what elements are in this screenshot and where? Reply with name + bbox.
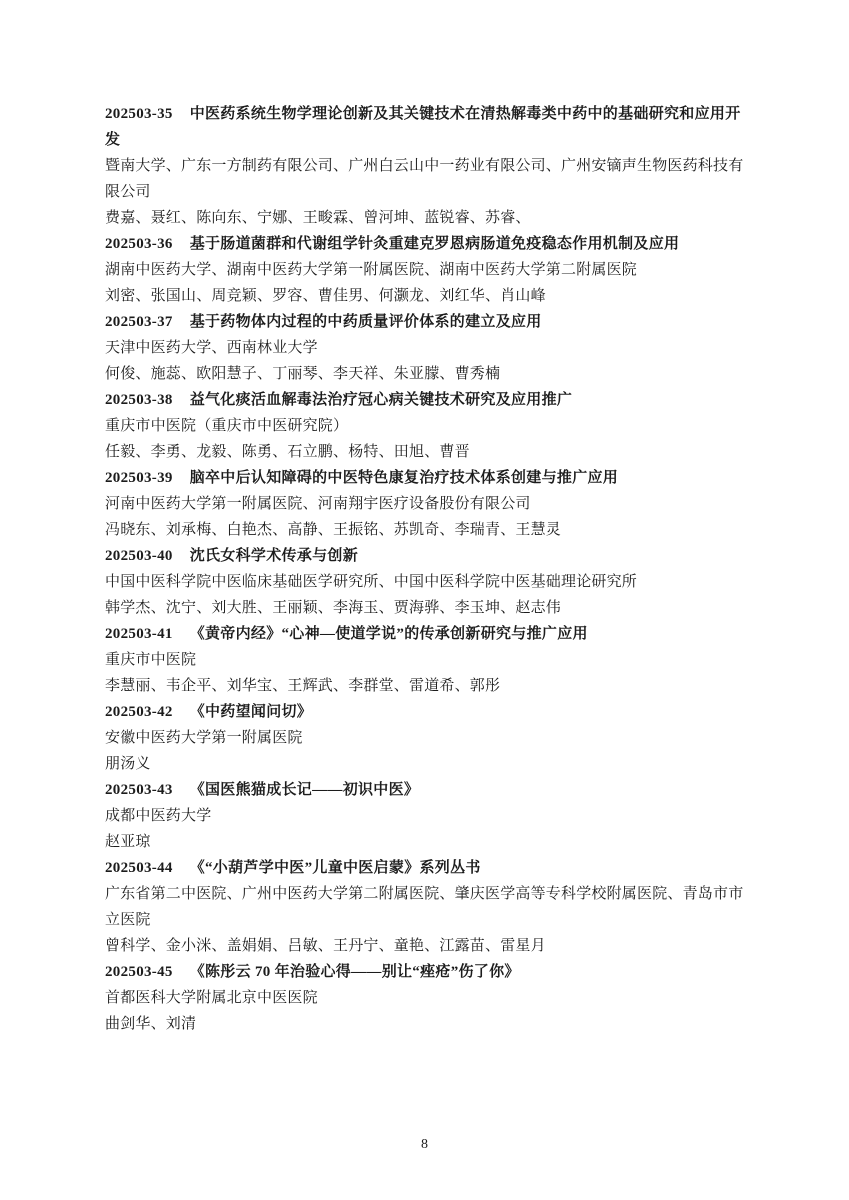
project-names: 刘密、张国山、周竞颖、罗容、曹佳男、何灏龙、刘红华、肖山峰 (105, 283, 747, 309)
project-entry: 202503-36基于肠道菌群和代谢组学针灸重建克罗恩病肠道免疫稳态作用机制及应… (105, 231, 747, 309)
project-id: 202503-40 (105, 543, 173, 569)
project-id: 202503-36 (105, 231, 173, 257)
project-heading: 202503-44《“小葫芦学中医”儿童中医启蒙》系列丛书 (105, 855, 747, 881)
project-id: 202503-43 (105, 777, 173, 803)
project-names: 何俊、施蕊、欧阳慧子、丁丽琴、李天祥、朱亚朦、曹秀楠 (105, 361, 747, 387)
project-heading: 202503-45《陈彤云 70 年治验心得——别让“痤疮”伤了你》 (105, 959, 747, 985)
project-institutions: 暨南大学、广东一方制药有限公司、广州白云山中一药业有限公司、广州安镝声生物医药科… (105, 153, 747, 205)
project-names: 费嘉、聂红、陈向东、宁娜、王畯霖、曾河坤、蓝锐睿、苏睿、 (105, 205, 747, 231)
project-id: 202503-41 (105, 621, 173, 647)
project-id: 202503-37 (105, 309, 173, 335)
project-id: 202503-39 (105, 465, 173, 491)
project-title: 沈氏女科学术传承与创新 (190, 548, 358, 564)
project-entry: 202503-44《“小葫芦学中医”儿童中医启蒙》系列丛书 广东省第二中医院、广… (105, 855, 747, 959)
project-entry: 202503-45《陈彤云 70 年治验心得——别让“痤疮”伤了你》 首都医科大… (105, 959, 747, 1037)
project-title: 脑卒中后认知障碍的中医特色康复治疗技术体系创建与推广应用 (190, 470, 618, 486)
project-heading: 202503-43《国医熊猫成长记——初识中医》 (105, 777, 747, 803)
project-institutions: 天津中医药大学、西南林业大学 (105, 335, 747, 361)
project-institutions: 重庆市中医院（重庆市中医研究院） (105, 413, 747, 439)
project-heading: 202503-42《中药望闻问切》 (105, 699, 747, 725)
project-title: 中医药系统生物学理论创新及其关键技术在清热解毒类中药中的基础研究和应用开发 (105, 106, 741, 148)
project-id: 202503-44 (105, 855, 173, 881)
project-entry: 202503-39脑卒中后认知障碍的中医特色康复治疗技术体系创建与推广应用 河南… (105, 465, 747, 543)
project-names: 李慧丽、韦企平、刘华宝、王辉武、李群堂、雷道希、郭彤 (105, 673, 747, 699)
project-heading: 202503-38益气化痰活血解毒法治疗冠心病关键技术研究及应用推广 (105, 387, 747, 413)
project-heading: 202503-40沈氏女科学术传承与创新 (105, 543, 747, 569)
project-institutions: 成都中医药大学 (105, 803, 747, 829)
project-institutions: 中国中医科学院中医临床基础医学研究所、中国中医科学院中医基础理论研究所 (105, 569, 747, 595)
project-entry: 202503-42《中药望闻问切》 安徽中医药大学第一附属医院 朋汤义 (105, 699, 747, 777)
project-institutions: 湖南中医药大学、湖南中医药大学第一附属医院、湖南中医药大学第二附属医院 (105, 257, 747, 283)
project-names: 韩学杰、沈宁、刘大胜、王丽颖、李海玉、贾海骅、李玉坤、赵志伟 (105, 595, 747, 621)
project-institutions: 重庆市中医院 (105, 647, 747, 673)
project-institutions: 安徽中医药大学第一附属医院 (105, 725, 747, 751)
project-entry: 202503-40沈氏女科学术传承与创新 中国中医科学院中医临床基础医学研究所、… (105, 543, 747, 621)
project-names: 冯晓东、刘承梅、白艳杰、高静、王振铭、苏凯奇、李瑞青、王慧灵 (105, 517, 747, 543)
project-heading: 202503-35中医药系统生物学理论创新及其关键技术在清热解毒类中药中的基础研… (105, 101, 747, 153)
project-entry: 202503-35中医药系统生物学理论创新及其关键技术在清热解毒类中药中的基础研… (105, 101, 747, 231)
project-title: 《陈彤云 70 年治验心得——别让“痤疮”伤了你》 (190, 964, 520, 980)
document-page: 202503-35中医药系统生物学理论创新及其关键技术在清热解毒类中药中的基础研… (0, 0, 849, 1200)
project-institutions: 首都医科大学附属北京中医医院 (105, 985, 747, 1011)
page-number: 8 (0, 1136, 849, 1154)
project-id: 202503-35 (105, 101, 173, 127)
project-title: 《国医熊猫成长记——初识中医》 (190, 782, 420, 798)
project-names: 曲剑华、刘清 (105, 1011, 747, 1037)
project-title: 《黄帝内经》“心神—使道学说”的传承创新研究与推广应用 (190, 626, 588, 642)
project-institutions: 河南中医药大学第一附属医院、河南翔宇医疗设备股份有限公司 (105, 491, 747, 517)
entries-list: 202503-35中医药系统生物学理论创新及其关键技术在清热解毒类中药中的基础研… (105, 101, 747, 1037)
project-heading: 202503-39脑卒中后认知障碍的中医特色康复治疗技术体系创建与推广应用 (105, 465, 747, 491)
project-title: 《“小葫芦学中医”儿童中医启蒙》系列丛书 (190, 860, 481, 876)
project-institutions: 广东省第二中医院、广州中医药大学第二附属医院、肇庆医学高等专科学校附属医院、青岛… (105, 881, 747, 933)
project-names: 任毅、李勇、龙毅、陈勇、石立鹏、杨特、田旭、曹晋 (105, 439, 747, 465)
project-title: 《中药望闻问切》 (190, 704, 312, 720)
project-names: 朋汤义 (105, 751, 747, 777)
project-title: 益气化痰活血解毒法治疗冠心病关键技术研究及应用推广 (190, 392, 573, 408)
project-entry: 202503-41《黄帝内经》“心神—使道学说”的传承创新研究与推广应用 重庆市… (105, 621, 747, 699)
project-entry: 202503-37基于药物体内过程的中药质量评价体系的建立及应用 天津中医药大学… (105, 309, 747, 387)
project-title: 基于药物体内过程的中药质量评价体系的建立及应用 (190, 314, 542, 330)
project-id: 202503-38 (105, 387, 173, 413)
project-entry: 202503-43《国医熊猫成长记——初识中医》 成都中医药大学 赵亚琼 (105, 777, 747, 855)
project-heading: 202503-37基于药物体内过程的中药质量评价体系的建立及应用 (105, 309, 747, 335)
project-entry: 202503-38益气化痰活血解毒法治疗冠心病关键技术研究及应用推广 重庆市中医… (105, 387, 747, 465)
project-id: 202503-45 (105, 959, 173, 985)
project-names: 赵亚琼 (105, 829, 747, 855)
project-title: 基于肠道菌群和代谢组学针灸重建克罗恩病肠道免疫稳态作用机制及应用 (190, 236, 680, 252)
project-names: 曾科学、金小洣、盖娟娟、吕敏、王丹宁、童艳、江露苗、雷星月 (105, 933, 747, 959)
project-heading: 202503-36基于肠道菌群和代谢组学针灸重建克罗恩病肠道免疫稳态作用机制及应… (105, 231, 747, 257)
project-heading: 202503-41《黄帝内经》“心神—使道学说”的传承创新研究与推广应用 (105, 621, 747, 647)
project-id: 202503-42 (105, 699, 173, 725)
